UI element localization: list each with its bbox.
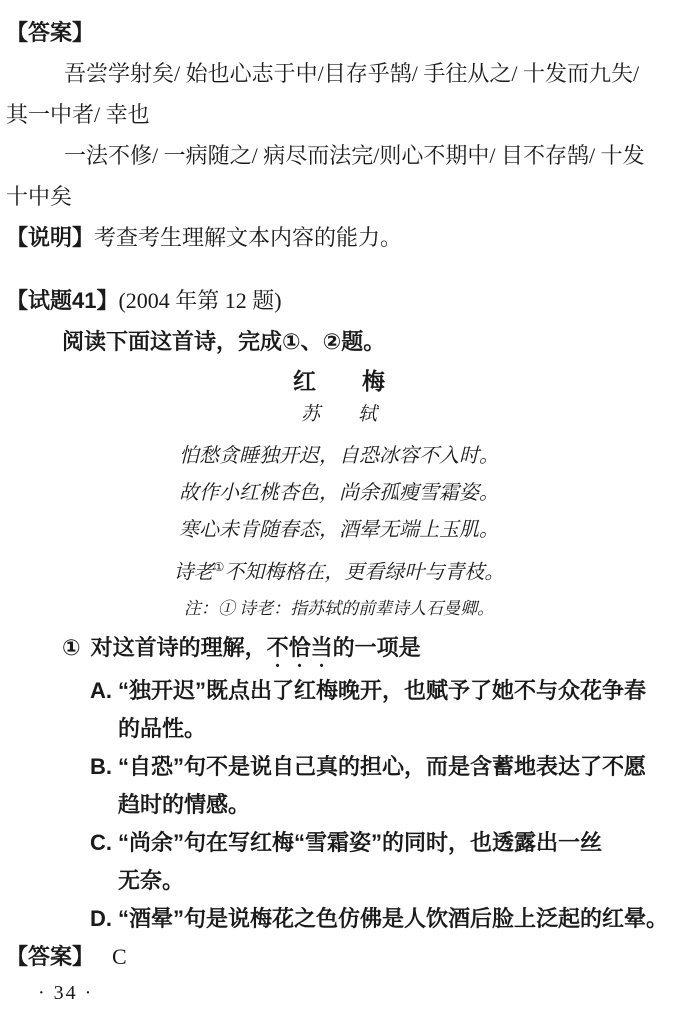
poem-title: 红 梅 bbox=[6, 362, 672, 400]
question-41-instruction: 阅读下面这首诗，完成①、②题。 bbox=[6, 321, 672, 362]
option-d-line-1: “酒晕”句是说梅花之色仿佛是人饮酒后脸上泛起的红晕。 bbox=[118, 900, 668, 938]
option-a-label: A. bbox=[90, 672, 118, 748]
stem-emphasized-text: 不恰当 bbox=[267, 635, 333, 660]
answer-40-para2-line1: 一法不修/ 一病随之/ 病尽而法完/则心不期中/ 目不存鹄/ 十发 bbox=[6, 135, 672, 176]
option-c-text: “尚余”句在写红梅“雪霜姿”的同时，也透露出一丝 无奈。 bbox=[118, 824, 602, 900]
poem-line-4-prefix: 诗老 bbox=[174, 562, 214, 584]
subquestion-1-number: ① bbox=[62, 635, 81, 660]
question-41-section: 【试题41】(2004 年第 12 题) 阅读下面这首诗，完成①、②题。 红 梅… bbox=[6, 280, 672, 938]
explanation-label: 【说明】 bbox=[6, 225, 94, 250]
option-d: D. “酒晕”句是说梅花之色仿佛是人饮酒后脸上泛起的红晕。 bbox=[90, 900, 672, 938]
question-41-source: (2004 年第 12 题) bbox=[118, 288, 281, 313]
option-b-line-1: “自恐”句不是说自己真的担心，而是含蓄地表达了不愿 bbox=[118, 748, 646, 786]
stem-suffix: 的一项是 bbox=[333, 635, 421, 660]
stem-prefix: 对这首诗的理解， bbox=[91, 635, 267, 660]
page-number: · 34 · bbox=[38, 976, 672, 1010]
explanation-text: 考查考生理解文本内容的能力。 bbox=[94, 225, 402, 250]
explanation-line: 【说明】考查考生理解文本内容的能力。 bbox=[6, 217, 672, 258]
option-a-text: “独开迟”既点出了红梅晚开，也赋予了她不与众花争春 的品性。 bbox=[118, 672, 646, 748]
option-d-label: D. bbox=[90, 900, 118, 938]
option-a-line-1: “独开迟”既点出了红梅晚开，也赋予了她不与众花争春 bbox=[118, 672, 646, 710]
answer-41-label: 【答案】 bbox=[6, 944, 94, 969]
option-a: A. “独开迟”既点出了红梅晚开，也赋予了她不与众花争春 的品性。 bbox=[90, 672, 672, 748]
option-b-text: “自恐”句不是说自己真的担心，而是含蓄地表达了不愿 趋时的情感。 bbox=[118, 748, 646, 824]
poem-line-2: 故作小红桃杏色，尚余孤瘦雪霜姿。 bbox=[6, 475, 672, 512]
poem-author: 苏 轼 bbox=[6, 400, 672, 430]
option-c: C. “尚余”句在写红梅“雪霜姿”的同时，也透露出一丝 无奈。 bbox=[90, 824, 672, 900]
question-41-label: 【试题41】 bbox=[6, 288, 118, 313]
poem-line-3: 寒心未肯随春态，酒晕无端上玉肌。 bbox=[6, 512, 672, 549]
answer-40-para1-line1: 吾尝学射矣/ 始也心志于中/目存乎鹄/ 手往从之/ 十发而九失/ bbox=[6, 53, 672, 94]
poem-footnote-marker: ① bbox=[214, 560, 225, 574]
option-d-text: “酒晕”句是说梅花之色仿佛是人饮酒后脸上泛起的红晕。 bbox=[118, 900, 668, 938]
option-b: B. “自恐”句不是说自己真的担心，而是含蓄地表达了不愿 趋时的情感。 bbox=[90, 748, 672, 824]
option-b-line-2: 趋时的情感。 bbox=[118, 786, 646, 824]
poem-line-4-suffix: 不知梅格在，更看绿叶与青枝。 bbox=[224, 562, 504, 584]
poem-line-1: 怕愁贪睡独开迟，自恐冰容不入时。 bbox=[6, 438, 672, 475]
document-page: 【答案】 吾尝学射矣/ 始也心志于中/目存乎鹄/ 手往从之/ 十发而九失/ 其一… bbox=[0, 0, 680, 1012]
option-a-line-2: 的品性。 bbox=[118, 710, 646, 748]
poem-line-4: 诗老①不知梅格在，更看绿叶与青枝。 bbox=[6, 549, 672, 592]
question-41-heading: 【试题41】(2004 年第 12 题) bbox=[6, 280, 672, 321]
option-c-label: C. bbox=[90, 824, 118, 900]
answer-41-value: C bbox=[112, 944, 127, 969]
options-list: A. “独开迟”既点出了红梅晚开，也赋予了她不与众花争春 的品性。 B. “自恐… bbox=[6, 672, 672, 938]
answer-40-para1-line2: 其一中者/ 幸也 bbox=[6, 94, 672, 135]
answer-41-line: 【答案】C bbox=[6, 938, 672, 976]
answer-40-para2-line2: 十中矣 bbox=[6, 176, 672, 217]
option-b-label: B. bbox=[90, 748, 118, 824]
subquestion-1-stem: ①对这首诗的理解，不恰当的一项是 bbox=[6, 628, 672, 672]
answer-40-label: 【答案】 bbox=[6, 12, 672, 53]
poem-body: 怕愁贪睡独开迟，自恐冰容不入时。 故作小红桃杏色，尚余孤瘦雪霜姿。 寒心未肯随春… bbox=[6, 438, 672, 592]
option-c-line-1: “尚余”句在写红梅“雪霜姿”的同时，也透露出一丝 bbox=[118, 824, 602, 862]
poem-footnote: 注：① 诗老：指苏轼的前辈诗人石曼卿。 bbox=[6, 592, 672, 626]
option-c-line-2: 无奈。 bbox=[118, 862, 602, 900]
